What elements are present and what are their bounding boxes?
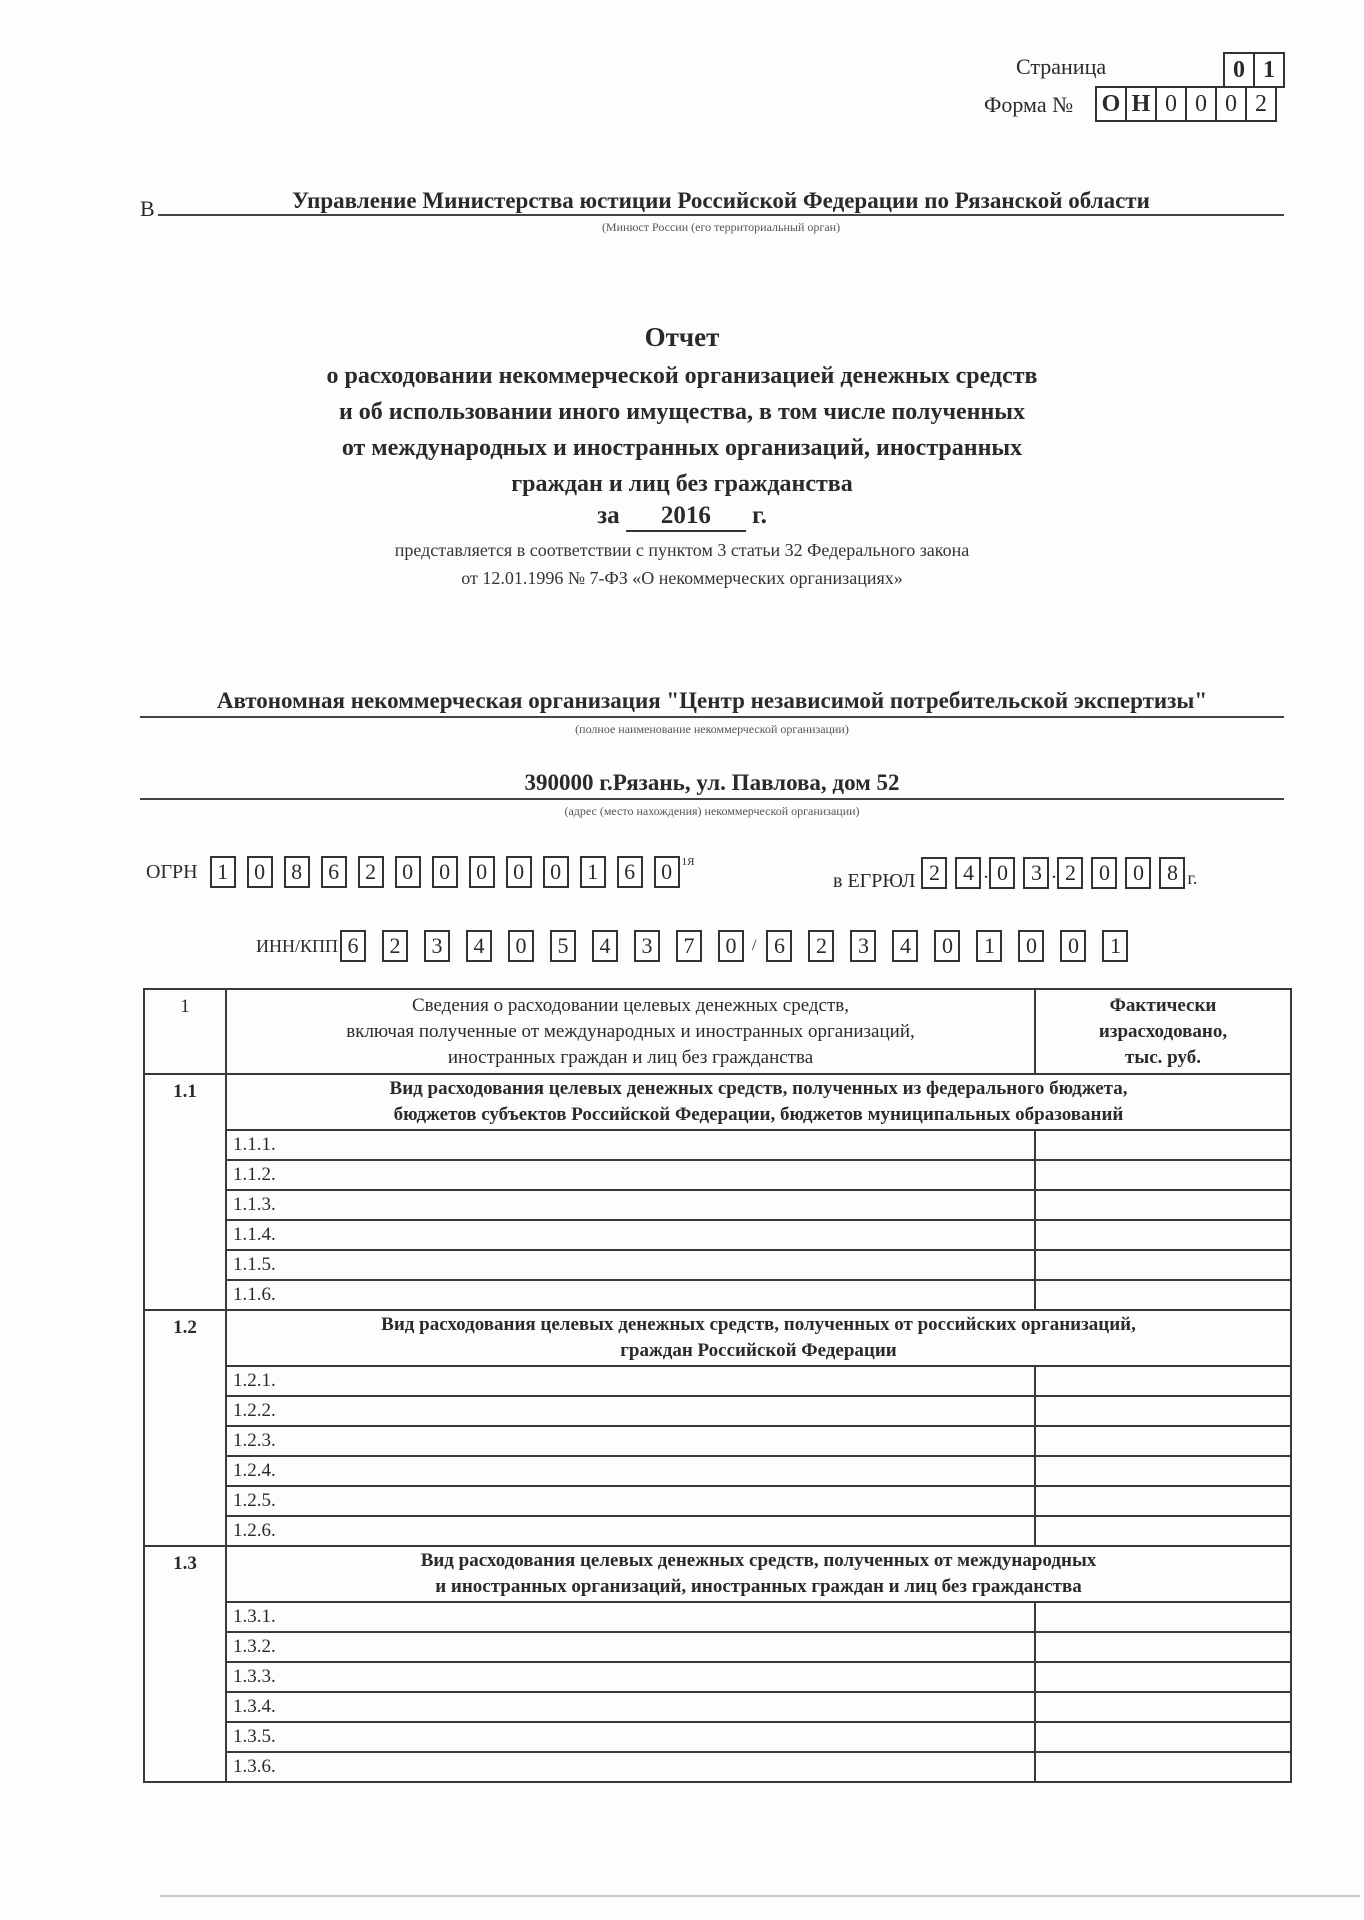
header-line: иностранных граждан и лиц без гражданств… bbox=[227, 1045, 1034, 1071]
amount-cell[interactable] bbox=[1035, 1190, 1291, 1220]
inn-digit[interactable]: 7 bbox=[676, 930, 702, 962]
header-line: Фактически bbox=[1036, 993, 1290, 1019]
ogrn-digit[interactable]: 6 bbox=[321, 856, 347, 888]
section-title: Вид расходования целевых денежных средст… bbox=[226, 1074, 1291, 1130]
amount-cell[interactable] bbox=[1035, 1220, 1291, 1250]
row-label: 1.1.6. bbox=[226, 1280, 1035, 1310]
amount-cell[interactable] bbox=[1035, 1692, 1291, 1722]
table-row: 1.2.1. bbox=[144, 1366, 1291, 1396]
report-year-row: за 2016 г. bbox=[0, 502, 1364, 532]
section-num: 1.2 bbox=[144, 1310, 226, 1546]
row-label: 1.3.1. bbox=[226, 1602, 1035, 1632]
row-label: 1.2.3. bbox=[226, 1426, 1035, 1456]
table-row: 1.1.4. bbox=[144, 1220, 1291, 1250]
amount-cell[interactable] bbox=[1035, 1602, 1291, 1632]
kpp-digit[interactable]: 1 bbox=[1102, 930, 1128, 962]
table-row: 1.2.2. bbox=[144, 1396, 1291, 1426]
inn-digit[interactable]: 5 bbox=[550, 930, 576, 962]
ogrn-row: ОГРН 1 0 8 6 2 0 0 0 0 0 1 6 0 1Я bbox=[146, 856, 694, 888]
ogrn-digit[interactable]: 0 bbox=[654, 856, 680, 888]
report-heading: Отчет bbox=[0, 322, 1364, 353]
page-label: Страница bbox=[1016, 54, 1106, 80]
table-row: 1.1.3. bbox=[144, 1190, 1291, 1220]
header-line: Сведения о расходовании целевых денежных… bbox=[227, 993, 1034, 1019]
section-title-line: Вид расходования целевых денежных средст… bbox=[227, 1076, 1290, 1102]
legal-basis: представляется в соответствии с пунктом … bbox=[0, 536, 1364, 592]
header-num: 1 bbox=[144, 989, 226, 1074]
table-row: 1.1.5. bbox=[144, 1250, 1291, 1280]
inn-kpp-label: ИНН/КПП bbox=[256, 936, 338, 957]
amount-cell[interactable] bbox=[1035, 1426, 1291, 1456]
section-title: Вид расходования целевых денежных средст… bbox=[226, 1310, 1291, 1366]
recipient-caption: (Минюст России (его территориальный орга… bbox=[158, 220, 1284, 235]
page-digit: 0 bbox=[1223, 52, 1255, 88]
egrul-digit[interactable]: 2 bbox=[921, 857, 947, 889]
section-num: 1.3 bbox=[144, 1546, 226, 1782]
amount-cell[interactable] bbox=[1035, 1632, 1291, 1662]
header-line: включая полученные от международных и ин… bbox=[227, 1019, 1034, 1045]
form-digit: 2 bbox=[1245, 86, 1277, 122]
form-digit: О bbox=[1095, 86, 1127, 122]
table-row: 1.3.4. bbox=[144, 1692, 1291, 1722]
table-row: 1.3.6. bbox=[144, 1752, 1291, 1782]
amount-cell[interactable] bbox=[1035, 1662, 1291, 1692]
amount-cell[interactable] bbox=[1035, 1516, 1291, 1546]
page-digit: 1 bbox=[1253, 52, 1285, 88]
section-title-line: бюджетов субъектов Российской Федерации,… bbox=[227, 1102, 1290, 1128]
inn-kpp-row: ИНН/КПП 6 2 3 4 0 5 4 3 7 0 / 6 2 3 4 0 … bbox=[256, 930, 1128, 962]
egrul-digit[interactable]: 0 bbox=[1125, 857, 1151, 889]
form-digit: 0 bbox=[1185, 86, 1217, 122]
row-label: 1.2.2. bbox=[226, 1396, 1035, 1426]
section-title: Вид расходования целевых денежных средст… bbox=[226, 1546, 1291, 1602]
section-title-line: и иностранных организаций, иностранных г… bbox=[227, 1574, 1290, 1600]
section-row-1-2: 1.2 Вид расходования целевых денежных ср… bbox=[144, 1310, 1291, 1366]
title-line: и об использовании иного имущества, в то… bbox=[0, 394, 1364, 430]
inn-digit[interactable]: 0 bbox=[508, 930, 534, 962]
row-label: 1.3.2. bbox=[226, 1632, 1035, 1662]
ogrn-digit[interactable]: 0 bbox=[395, 856, 421, 888]
header-line: израсходовано, bbox=[1036, 1019, 1290, 1045]
table-row: 1.3.2. bbox=[144, 1632, 1291, 1662]
ogrn-digit[interactable]: 1 bbox=[210, 856, 236, 888]
row-label: 1.2.6. bbox=[226, 1516, 1035, 1546]
form-digit: 0 bbox=[1155, 86, 1187, 122]
egrul-digit[interactable]: 8 bbox=[1159, 857, 1185, 889]
ogrn-digit[interactable]: 0 bbox=[469, 856, 495, 888]
date-dot: . bbox=[1051, 861, 1056, 884]
row-label: 1.1.4. bbox=[226, 1220, 1035, 1250]
basis-line: от 12.01.1996 № 7-ФЗ «О некоммерческих о… bbox=[0, 564, 1364, 592]
row-label: 1.3.3. bbox=[226, 1662, 1035, 1692]
section-row-1-3: 1.3 Вид расходования целевых денежных ср… bbox=[144, 1546, 1291, 1602]
scan-edge-divider bbox=[160, 1895, 1360, 1897]
page-number-boxes: 0 1 bbox=[1225, 52, 1285, 88]
header-amount: Фактически израсходовано, тыс. руб. bbox=[1035, 989, 1291, 1074]
section-title-line: Вид расходования целевых денежных средст… bbox=[227, 1312, 1290, 1338]
table-row: 1.3.5. bbox=[144, 1722, 1291, 1752]
inn-digit[interactable]: 0 bbox=[718, 930, 744, 962]
organization-name-caption: (полное наименование некоммерческой орга… bbox=[140, 722, 1284, 737]
kpp-digit[interactable]: 1 bbox=[976, 930, 1002, 962]
ogrn-mark: 1Я bbox=[682, 856, 695, 868]
egrul-digit[interactable]: 0 bbox=[1091, 857, 1117, 889]
form-digit: Н bbox=[1125, 86, 1157, 122]
ogrn-digit[interactable]: 2 bbox=[358, 856, 384, 888]
title-line: от международных и иностранных организац… bbox=[0, 430, 1364, 466]
inn-digit[interactable]: 3 bbox=[424, 930, 450, 962]
section-num: 1.1 bbox=[144, 1074, 226, 1310]
amount-cell[interactable] bbox=[1035, 1250, 1291, 1280]
report-title: о расходовании некоммерческой организаци… bbox=[0, 358, 1364, 502]
section-title-line: граждан Российской Федерации bbox=[227, 1338, 1290, 1364]
table-header-row: 1 Сведения о расходовании целевых денежн… bbox=[144, 989, 1291, 1074]
amount-cell[interactable] bbox=[1035, 1456, 1291, 1486]
ogrn-digit[interactable]: 0 bbox=[543, 856, 569, 888]
kpp-digit[interactable]: 6 bbox=[766, 930, 792, 962]
expenditure-table: 1 Сведения о расходовании целевых денежн… bbox=[143, 988, 1292, 1783]
amount-cell[interactable] bbox=[1035, 1160, 1291, 1190]
recipient-field[interactable]: Управление Министерства юстиции Российск… bbox=[158, 188, 1284, 214]
kpp-digit[interactable]: 0 bbox=[1018, 930, 1044, 962]
header-line: тыс. руб. bbox=[1036, 1045, 1290, 1071]
egrul-digit[interactable]: 3 bbox=[1023, 857, 1049, 889]
table-row: 1.3.3. bbox=[144, 1662, 1291, 1692]
inn-digit[interactable]: 2 bbox=[382, 930, 408, 962]
recipient-prefix: В bbox=[140, 196, 155, 222]
header-description: Сведения о расходовании целевых денежных… bbox=[226, 989, 1035, 1074]
table-row: 1.1.2. bbox=[144, 1160, 1291, 1190]
amount-cell[interactable] bbox=[1035, 1366, 1291, 1396]
amount-cell[interactable] bbox=[1035, 1486, 1291, 1516]
date-dot: . bbox=[983, 861, 988, 884]
kpp-digit[interactable]: 4 bbox=[892, 930, 918, 962]
ogrn-label: ОГРН bbox=[146, 861, 198, 884]
egrul-suffix: г. bbox=[1187, 868, 1197, 889]
egrul-row: в ЕГРЮЛ 2 4 . 0 3 . 2 0 0 8 г. bbox=[833, 852, 1197, 893]
amount-cell[interactable] bbox=[1035, 1280, 1291, 1310]
amount-cell[interactable] bbox=[1035, 1722, 1291, 1752]
organization-address-field[interactable]: 390000 г.Рязань, ул. Павлова, дом 52 bbox=[140, 770, 1284, 796]
ogrn-digit[interactable]: 6 bbox=[617, 856, 643, 888]
ogrn-digit[interactable]: 0 bbox=[432, 856, 458, 888]
kpp-digit[interactable]: 0 bbox=[934, 930, 960, 962]
table-row: 1.1.1. bbox=[144, 1130, 1291, 1160]
basis-line: представляется в соответствии с пунктом … bbox=[0, 536, 1364, 564]
row-label: 1.1.5. bbox=[226, 1250, 1035, 1280]
inn-digit[interactable]: 4 bbox=[466, 930, 492, 962]
row-label: 1.1.3. bbox=[226, 1190, 1035, 1220]
ogrn-digit[interactable]: 0 bbox=[247, 856, 273, 888]
ogrn-digit[interactable]: 0 bbox=[506, 856, 532, 888]
kpp-digit[interactable]: 3 bbox=[850, 930, 876, 962]
amount-cell[interactable] bbox=[1035, 1752, 1291, 1782]
section-title-line: Вид расходования целевых денежных средст… bbox=[227, 1548, 1290, 1574]
table-row: 1.3.1. bbox=[144, 1602, 1291, 1632]
table-row: 1.1.6. bbox=[144, 1280, 1291, 1310]
table-row: 1.2.3. bbox=[144, 1426, 1291, 1456]
row-label: 1.3.6. bbox=[226, 1752, 1035, 1782]
form-label: Форма № bbox=[984, 92, 1073, 118]
table-row: 1.2.6. bbox=[144, 1516, 1291, 1546]
organization-address-caption: (адрес (место нахождения) некоммерческой… bbox=[140, 804, 1284, 819]
table-row: 1.2.5. bbox=[144, 1486, 1291, 1516]
egrul-digit[interactable]: 4 bbox=[955, 857, 981, 889]
ogrn-digit[interactable]: 1 bbox=[580, 856, 606, 888]
inn-digit[interactable]: 4 bbox=[592, 930, 618, 962]
kpp-digit[interactable]: 0 bbox=[1060, 930, 1086, 962]
egrul-digit[interactable]: 2 bbox=[1057, 857, 1083, 889]
egrul-digit[interactable]: 0 bbox=[989, 857, 1015, 889]
form-digit: 0 bbox=[1215, 86, 1247, 122]
row-label: 1.1.1. bbox=[226, 1130, 1035, 1160]
row-label: 1.3.5. bbox=[226, 1722, 1035, 1752]
amount-cell[interactable] bbox=[1035, 1130, 1291, 1160]
year-prefix: за bbox=[597, 502, 620, 529]
title-line: граждан и лиц без гражданства bbox=[0, 466, 1364, 502]
table-row: 1.2.4. bbox=[144, 1456, 1291, 1486]
year-field[interactable]: 2016 bbox=[626, 502, 746, 532]
kpp-digit[interactable]: 2 bbox=[808, 930, 834, 962]
section-row-1-1: 1.1 Вид расходования целевых денежных ср… bbox=[144, 1074, 1291, 1130]
row-label: 1.2.5. bbox=[226, 1486, 1035, 1516]
title-line: о расходовании некоммерческой организаци… bbox=[0, 358, 1364, 394]
amount-cell[interactable] bbox=[1035, 1396, 1291, 1426]
egrul-label: в ЕГРЮЛ bbox=[833, 870, 915, 893]
row-label: 1.2.4. bbox=[226, 1456, 1035, 1486]
ogrn-digit[interactable]: 8 bbox=[284, 856, 310, 888]
inn-digit[interactable]: 6 bbox=[340, 930, 366, 962]
inn-digit[interactable]: 3 bbox=[634, 930, 660, 962]
row-label: 1.3.4. bbox=[226, 1692, 1035, 1722]
row-label: 1.2.1. bbox=[226, 1366, 1035, 1396]
form-number-boxes: О Н 0 0 0 2 bbox=[1097, 86, 1277, 122]
inn-kpp-separator: / bbox=[752, 937, 756, 955]
organization-name-field[interactable]: Автономная некоммерческая организация "Ц… bbox=[140, 688, 1284, 714]
year-suffix: г. bbox=[752, 502, 767, 529]
row-label: 1.1.2. bbox=[226, 1160, 1035, 1190]
